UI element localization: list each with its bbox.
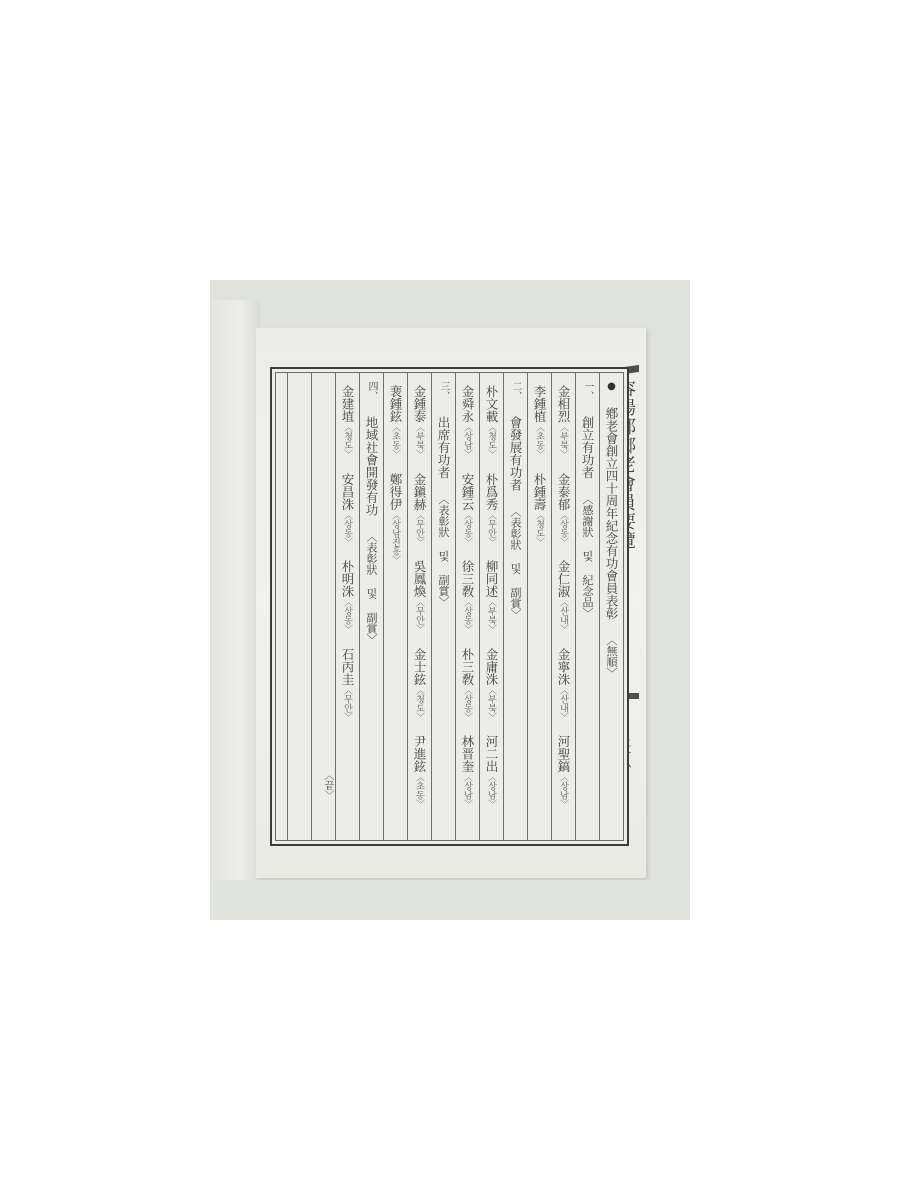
entry-gap (527, 459, 551, 473)
member-entry: 金泰郁〈상동〉 (556, 473, 571, 547)
member-region: 〈상남〉 (462, 773, 472, 809)
member-region: 〈초동〉 (390, 423, 400, 459)
member-entry: 鄭得伊〈상남진흥〉 (388, 473, 403, 565)
entry-gap (551, 721, 575, 735)
member-region: 〈초동〉 (534, 423, 544, 459)
entry-gap (407, 546, 431, 560)
member-region: 〈청도〉 (414, 685, 424, 721)
member-region: 〈무안〉 (414, 598, 424, 634)
member-region: 〈산내〉 (558, 598, 568, 634)
member-name: 朴鍾壽 (532, 473, 547, 511)
member-region: 〈부북〉 (486, 598, 496, 634)
member-region: 〈청도〉 (486, 423, 496, 459)
member-region: 〈상동〉 (462, 598, 472, 634)
member-name: 金庸洙 (484, 648, 499, 686)
member-entry: 吳鳳煥〈무안〉 (412, 560, 427, 634)
entry-gap (407, 634, 431, 648)
member-entry: 朴爲秀〈무안〉 (484, 473, 499, 547)
names-column: 金舜永〈상남〉 安鍾云〈상동〉 徐三敎〈상동〉 朴三敎〈상동〉 林晋奎〈상남〉 (455, 373, 479, 840)
category-award: 〈感謝狀 및 紀念品〉 (581, 494, 594, 619)
member-name: 朴文載 (484, 385, 499, 423)
member-name: 朴爲秀 (484, 473, 499, 511)
member-region: 〈초동〉 (414, 773, 424, 809)
names-column: 李鍾植〈초동〉 朴鍾壽〈청도〉 (527, 373, 551, 840)
member-name: 朴三敎 (460, 648, 475, 686)
member-region: 〈부북〉 (414, 423, 424, 459)
member-name: 金仁淑 (556, 560, 571, 598)
end-column: 〈끝〉 (311, 373, 335, 840)
member-region: 〈부북〉 (558, 423, 568, 459)
member-entry: 石丙圭〈무안〉 (340, 648, 355, 722)
member-entry: 河聖鎬〈상남〉 (556, 735, 571, 809)
category-award: 〈表彰狀 및 副賞〉 (509, 506, 522, 620)
member-entry: 朴文載〈청도〉 (484, 385, 499, 459)
member-entry: 金寧洙〈산내〉 (556, 648, 571, 722)
entry-gap (479, 459, 503, 473)
names-column: 裵鍾鉉〈초동〉 鄭得伊〈상남진흥〉 (383, 373, 407, 840)
category-heading-4: 四、 地域社會開發有功 〈表彰狀 및 副賞〉 (359, 373, 383, 840)
member-name: 尹進鉉 (412, 735, 427, 773)
entry-gap (455, 459, 479, 473)
member-entry: 金仁淑〈산내〉 (556, 560, 571, 634)
category-number: 二、 (510, 381, 521, 401)
member-entry: 裵鍾鉉〈초동〉 (388, 385, 403, 459)
entry-gap (335, 459, 359, 473)
member-name: 河聖鎬 (556, 735, 571, 773)
member-region: 〈산내〉 (558, 685, 568, 721)
member-entry: 朴鍾壽〈청도〉 (532, 473, 547, 547)
category-heading-3: 三、 出席有功者 〈表彰狀 및 副賞〉 (431, 373, 455, 840)
entry-gap (407, 459, 431, 473)
member-name: 柳同述 (484, 560, 499, 598)
names-column: 朴文載〈청도〉 朴爲秀〈무안〉 柳同述〈부북〉 金庸洙〈부북〉 河二出〈상남〉 (479, 373, 503, 840)
category-title: 會發展有功者 (508, 416, 523, 491)
member-entry: 尹進鉉〈초동〉 (412, 735, 427, 809)
member-entry: 金相烈〈부북〉 (556, 385, 571, 459)
member-region: 〈상동〉 (342, 598, 352, 634)
bullet-icon: ● (606, 381, 617, 392)
member-entry: 金庸洙〈부북〉 (484, 648, 499, 722)
member-name: 金士鉉 (412, 648, 427, 686)
entry-gap (455, 634, 479, 648)
member-region: 〈청도〉 (342, 423, 352, 459)
ruled-text-frame: ● 鄕老會創立四十周年紀念有功會員表彰 〈無順〉 一、 創立有功者 〈感謝狀 및… (270, 367, 629, 846)
member-entry: 林晋奎〈상남〉 (460, 735, 475, 809)
member-name: 金鍾泰 (412, 385, 427, 423)
entry-gap (407, 721, 431, 735)
entry-gap (551, 634, 575, 648)
member-name: 金建埴 (340, 385, 355, 423)
member-entry: 朴明洙〈상동〉 (340, 560, 355, 634)
member-region: 〈상남〉 (558, 773, 568, 809)
entry-gap (479, 721, 503, 735)
member-name: 朴明洙 (340, 560, 355, 598)
category-heading-1: 一、 創立有功者 〈感謝狀 및 紀念品〉 (575, 373, 599, 840)
member-region: 〈무안〉 (414, 510, 424, 546)
member-name: 徐三敎 (460, 560, 475, 598)
category-number: 一、 (582, 381, 593, 401)
member-entry: 徐三敎〈상동〉 (460, 560, 475, 634)
section-heading-column: ● 鄕老會創立四十周年紀念有功會員表彰 〈無順〉 (599, 373, 623, 840)
section-heading: 鄕老會創立四十周年紀念有功會員表彰 (604, 407, 619, 620)
category-title: 創立有功者 (580, 416, 595, 479)
member-name: 吳鳳煥 (412, 560, 427, 598)
entry-gap (551, 459, 575, 473)
member-name: 安昌洙 (340, 473, 355, 511)
member-region: 〈상동〉 (462, 685, 472, 721)
names-column: 金鍾泰〈부북〉 金鎭赫〈무안〉 吳鳳煥〈무안〉 金士鉉〈청도〉 尹進鉉〈초동〉 (407, 373, 431, 840)
category-title: 地域社會開發有功 (364, 416, 379, 516)
member-name: 金鎭赫 (412, 473, 427, 511)
member-region: 〈상동〉 (462, 510, 472, 546)
entry-gap (335, 546, 359, 560)
category-title: 出席有功者 (436, 416, 451, 479)
member-region: 〈상남〉 (462, 423, 472, 459)
member-region: 〈무안〉 (342, 685, 352, 721)
category-number: 四、 (366, 381, 377, 401)
text-columns: ● 鄕老會創立四十周年紀念有功會員表彰 〈無順〉 一、 創立有功者 〈感謝狀 및… (275, 372, 624, 841)
member-entry: 金舜永〈상남〉 (460, 385, 475, 459)
end-mark: 〈끝〉 (315, 770, 339, 800)
entry-gap (479, 546, 503, 560)
member-name: 金相烈 (556, 385, 571, 423)
member-region: 〈상동〉 (558, 510, 568, 546)
member-name: 裵鍾鉉 (388, 385, 403, 423)
member-entry: 河二出〈상남〉 (484, 735, 499, 809)
member-name: 石丙圭 (340, 648, 355, 686)
book-photo: 容陽郡鄉老會員要覽 二一八 ● 鄕老會創立四十周年紀念有功會員表彰 〈無順〉 一… (210, 280, 690, 920)
member-name: 金舜永 (460, 385, 475, 423)
entry-gap (479, 634, 503, 648)
member-entry: 安鍾云〈상동〉 (460, 473, 475, 547)
category-heading-2: 二、 會發展有功者 〈表彰狀 및 副賞〉 (503, 373, 527, 840)
background-surface (210, 880, 690, 920)
member-region: 〈상동〉 (342, 510, 352, 546)
entry-gap (383, 459, 407, 473)
names-column: 金相烈〈부북〉 金泰郁〈상동〉 金仁淑〈산내〉 金寧洙〈산내〉 河聖鎬〈상남〉 (551, 373, 575, 840)
member-entry: 金鍾泰〈부북〉 (412, 385, 427, 459)
blank-column (287, 373, 311, 840)
member-entry: 安昌洙〈상동〉 (340, 473, 355, 547)
member-name: 李鍾植 (532, 385, 547, 423)
member-entry: 金鎭赫〈무안〉 (412, 473, 427, 547)
member-entry: 金士鉉〈청도〉 (412, 648, 427, 722)
member-name: 金泰郁 (556, 473, 571, 511)
member-region: 〈무안〉 (486, 510, 496, 546)
member-region: 〈부북〉 (486, 685, 496, 721)
entry-gap (551, 546, 575, 560)
entry-gap (455, 721, 479, 735)
member-name: 安鍾云 (460, 473, 475, 511)
member-entry: 朴三敎〈상동〉 (460, 648, 475, 722)
category-number: 三、 (438, 381, 449, 401)
member-entry: 金建埴〈청도〉 (340, 385, 355, 459)
member-region: 〈상남진흥〉 (390, 510, 400, 564)
section-note: 〈無順〉 (605, 635, 618, 679)
member-entry: 李鍾植〈초동〉 (532, 385, 547, 459)
member-entry: 柳同述〈부북〉 (484, 560, 499, 634)
entry-gap (335, 634, 359, 648)
member-region: 〈상남〉 (486, 773, 496, 809)
member-region: 〈청도〉 (534, 510, 544, 546)
left-page-edge (210, 300, 260, 900)
category-award: 〈表彰狀 및 副賞〉 (437, 494, 450, 608)
category-award: 〈表彰狀 및 副賞〉 (365, 531, 378, 645)
member-name: 金寧洙 (556, 648, 571, 686)
member-name: 林晋奎 (460, 735, 475, 773)
member-name: 鄭得伊 (388, 473, 403, 511)
entry-gap (455, 546, 479, 560)
member-name: 河二出 (484, 735, 499, 773)
